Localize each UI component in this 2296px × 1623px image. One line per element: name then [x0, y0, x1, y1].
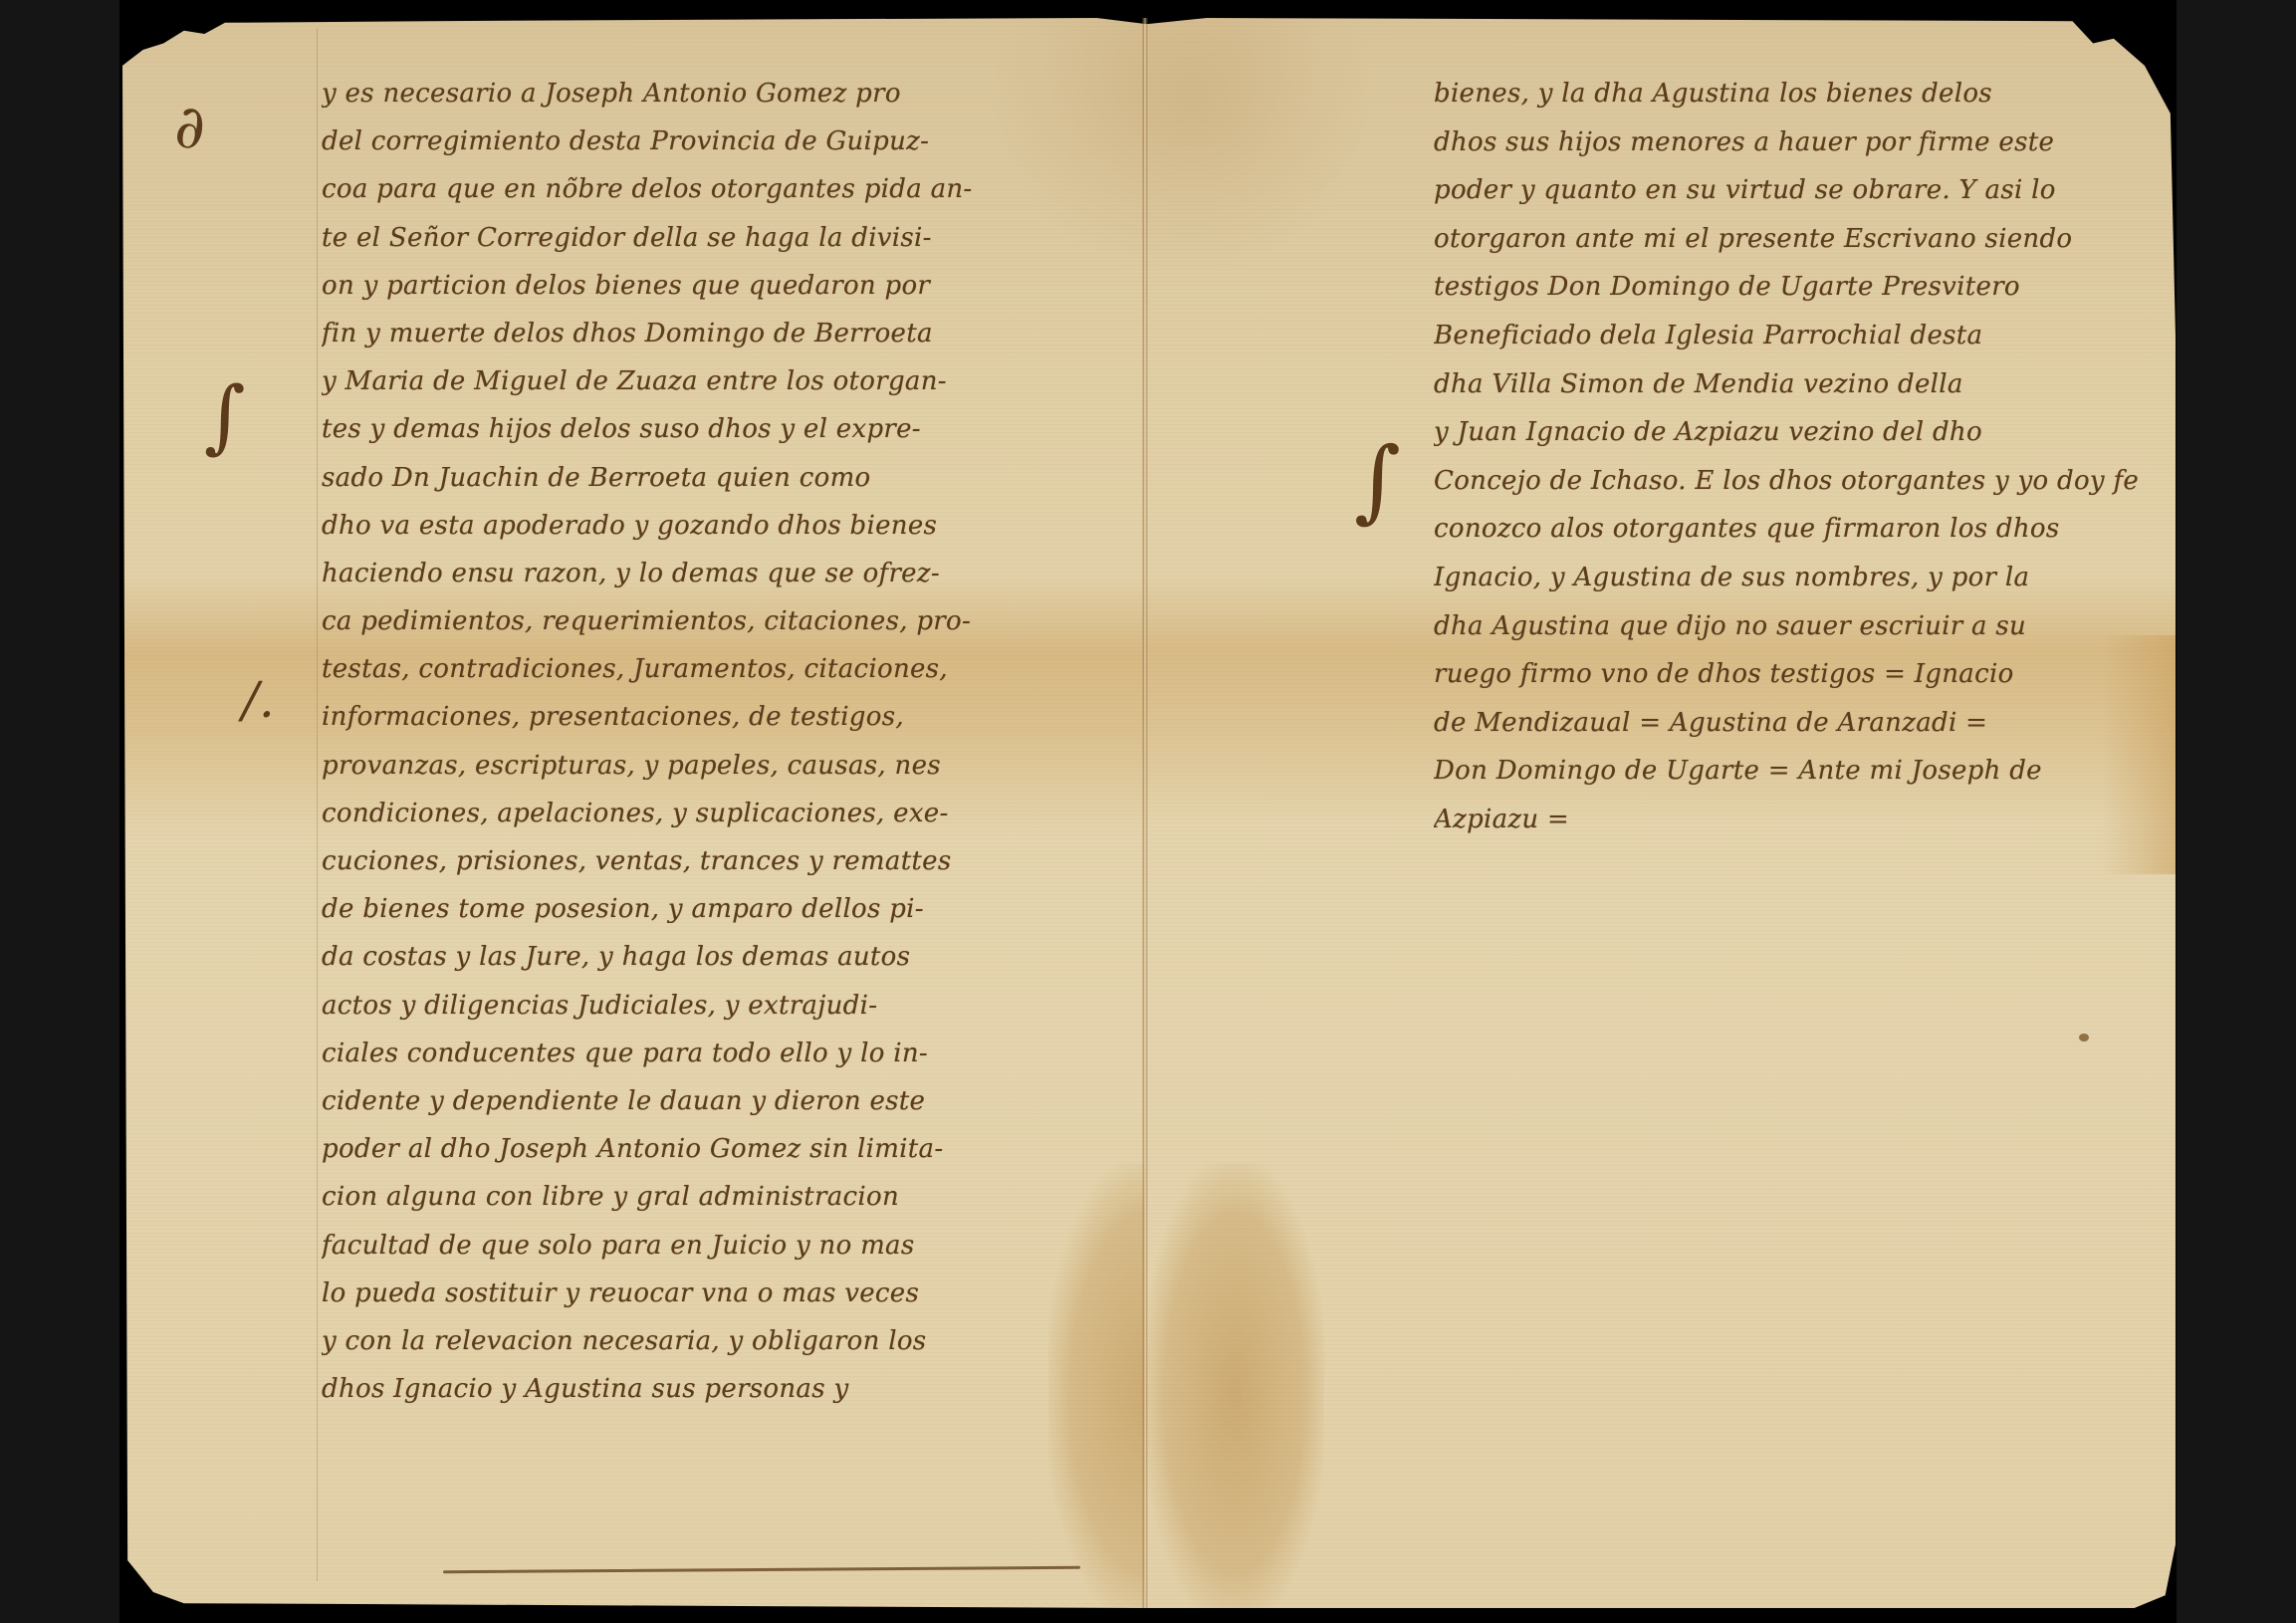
text-line: poder y quanto en su virtud se obrare. Y…: [1434, 166, 2171, 215]
text-line: haciendo ensu razon, y lo demas que se o…: [322, 550, 1128, 597]
text-line: ca pedimientos, requerimientos, citacion…: [322, 597, 1128, 645]
text-line: lo pueda sostituir y reuocar vna o mas v…: [322, 1270, 1128, 1317]
water-stain: [1145, 18, 1374, 277]
text-line: Concejo de Ichaso. E los dhos otorgantes…: [1434, 457, 2171, 506]
margin-flourish: ∂: [174, 98, 205, 157]
margin-rule: [317, 28, 318, 1581]
water-stain: [1145, 1163, 1324, 1621]
margin-mark: /.: [242, 675, 275, 725]
text-line: condiciones, apelaciones, y suplicacione…: [322, 790, 1128, 837]
text-line: y Maria de Miguel de Zuaza entre los oto…: [322, 357, 1128, 405]
right-page: ∫ bienes, y la dha Agustina los bienes d…: [1145, 18, 2176, 1608]
ink-blot: [2079, 1034, 2089, 1042]
text-line: otorgaron ante mi el presente Escrivano …: [1434, 215, 2171, 264]
text-line: te el Señor Corregidor della se haga la …: [322, 214, 1128, 262]
right-page-text: bienes, y la dha Agustina los bienes del…: [1434, 70, 2171, 844]
text-line: ruego firmo vno de dhos testigos = Ignac…: [1434, 650, 2171, 699]
text-line: tes y demas hijos delos suso dhos y el e…: [322, 405, 1128, 453]
text-line: cion alguna con libre y gral administrac…: [322, 1173, 1128, 1221]
text-line: provanzas, escripturas, y papeles, causa…: [322, 742, 1128, 790]
gutter-fold: [1142, 18, 1148, 1608]
text-line: Beneficiado dela Iglesia Parrochial dest…: [1434, 312, 2171, 360]
text-line: de bienes tome posesion, y amparo dellos…: [322, 885, 1128, 933]
viewer-right-bar: [2177, 0, 2296, 1623]
left-page: ∂ ∫ /. y es necesario a Joseph Antonio G…: [122, 18, 1148, 1608]
text-line: fin y muerte delos dhos Domingo de Berro…: [322, 310, 1128, 357]
margin-flourish: ∫: [204, 376, 246, 456]
text-line: coa para que en nõbre delos otorgantes p…: [322, 165, 1128, 213]
text-line: facultad de que solo para en Juicio y no…: [322, 1222, 1128, 1270]
text-line: cuciones, prisiones, ventas, trances y r…: [322, 837, 1128, 885]
text-line: testas, contradiciones, Juramentos, cita…: [322, 645, 1128, 693]
text-line: da costas y las Jure, y haga los demas a…: [322, 933, 1128, 981]
text-line: dha Agustina que dijo no sauer escriuir …: [1434, 602, 2171, 651]
text-line: Azpiazu =: [1434, 796, 2171, 844]
text-line: on y particion delos bienes que quedaron…: [322, 262, 1128, 310]
text-line: actos y diligencias Judiciales, y extraj…: [322, 982, 1128, 1030]
text-line: conozco alos otorgantes que firmaron los…: [1434, 505, 2171, 554]
viewer-left-bar: [0, 0, 119, 1623]
text-line: bienes, y la dha Agustina los bienes del…: [1434, 70, 2171, 118]
left-page-text: y es necesario a Joseph Antonio Gomez pr…: [322, 70, 1128, 1413]
text-line: del corregimiento desta Provincia de Gui…: [322, 117, 1128, 165]
text-line: y Juan Ignacio de Azpiazu vezino del dho: [1434, 408, 2171, 457]
text-line: dhos Ignacio y Agustina sus personas y: [322, 1365, 1128, 1413]
margin-flourish: ∫: [1354, 436, 1401, 526]
text-line: Ignacio, y Agustina de sus nombres, y po…: [1434, 554, 2171, 602]
text-line: de Mendizaual = Agustina de Aranzadi =: [1434, 699, 2171, 748]
text-line: dho va esta apoderado y gozando dhos bie…: [322, 502, 1128, 550]
text-line: testigos Don Domingo de Ugarte Presviter…: [1434, 263, 2171, 312]
text-line: cidente y dependiente le dauan y dieron …: [322, 1077, 1128, 1125]
text-line: dha Villa Simon de Mendia vezino della: [1434, 360, 2171, 409]
text-line: y con la relevacion necesaria, y obligar…: [322, 1317, 1128, 1365]
text-line: sado Dn Juachin de Berroeta quien como: [322, 454, 1128, 502]
text-line: Don Domingo de Ugarte = Ante mi Joseph d…: [1434, 747, 2171, 796]
manuscript-scan: ∂ ∫ /. y es necesario a Joseph Antonio G…: [119, 0, 2177, 1623]
text-line: y es necesario a Joseph Antonio Gomez pr…: [322, 70, 1128, 117]
text-line: ciales conducentes que para todo ello y …: [322, 1030, 1128, 1077]
text-line: dhos sus hijos menores a hauer por firme…: [1434, 118, 2171, 167]
text-line: informaciones, presentaciones, de testig…: [322, 693, 1128, 741]
text-line: poder al dho Joseph Antonio Gomez sin li…: [322, 1125, 1128, 1173]
